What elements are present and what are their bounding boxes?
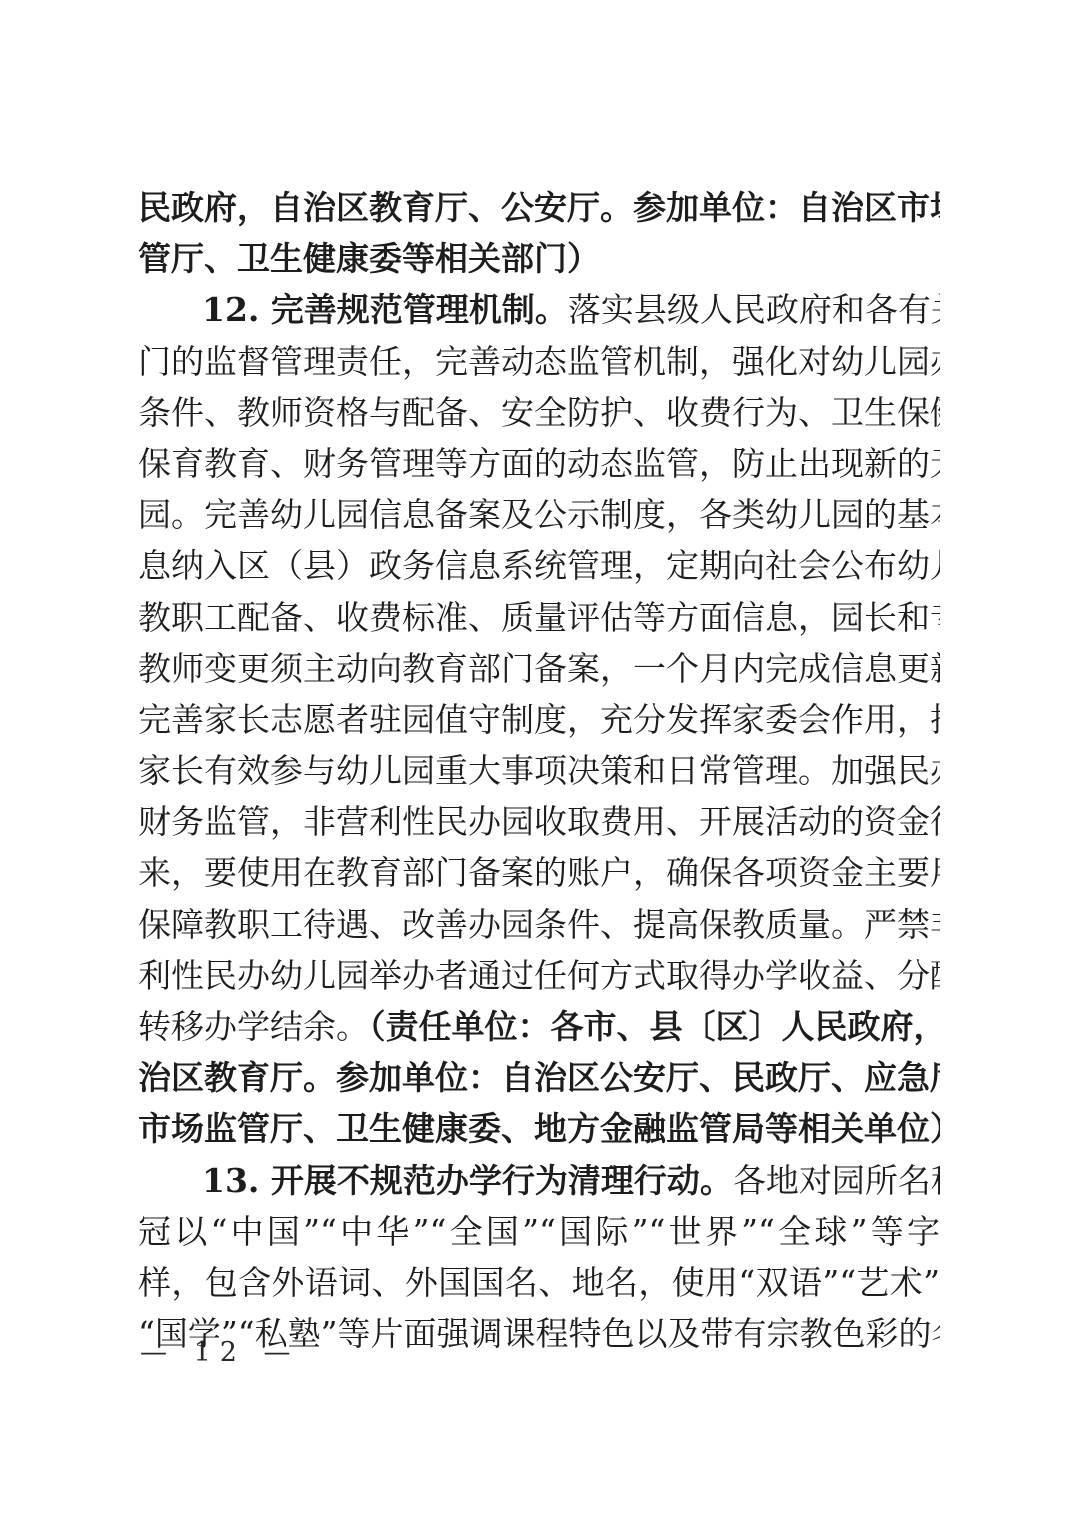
text-line: 教师变更须主动向教育部门备案，一个月内完成信息更新。 (138, 643, 940, 694)
text-line: 完善家长志愿者驻园值守制度，充分发挥家委会作用，推动 (138, 694, 940, 745)
text-segment: 市场监管厅、卫生健康委、地方金融监管局等相关单位） (138, 1109, 940, 1148)
text-segment: 保育教育、财务管理等方面的动态监管，防止出现新的无证 (138, 444, 940, 483)
text-segment: 转移办学结余。 (138, 1007, 369, 1046)
text-segment: 门的监督管理责任，完善动态监管机制，强化对幼儿园办园 (138, 342, 940, 381)
text-segment: 样，包含外语词、外国国名、地名，使用“双语”“艺术” (138, 1263, 940, 1302)
text-line: 家长有效参与幼儿园重大事项决策和日常管理。加强民办园 (138, 745, 940, 796)
text-line: 来，要使用在教育部门备案的账户，确保各项资金主要用于 (138, 847, 940, 898)
text-segment: 园。完善幼儿园信息备案及公示制度，各类幼儿园的基本信 (138, 495, 940, 534)
text-line: 财务监管，非营利性民办园收取费用、开展活动的资金往 (138, 796, 940, 847)
text-segment: 保障教职工待遇、改善办园条件、提高保教质量。严禁非营 (138, 905, 940, 944)
text-segment: 管厅、卫生健康委等相关部门） (138, 239, 600, 278)
text-segment: 各地对园所名称中 (733, 1161, 940, 1200)
text-line: 管厅、卫生健康委等相关部门） (138, 233, 940, 284)
text-line: 治区教育厅。参加单位：自治区公安厅、民政厅、应急厅、 (138, 1052, 940, 1103)
text-line: 市场监管厅、卫生健康委、地方金融监管局等相关单位） (138, 1103, 940, 1154)
text-segment: 民政府，自治区教育厅、公安厅。参加单位：自治区市场监 (138, 188, 940, 227)
text-segment: 落实县级人民政府和各有关部 (568, 290, 940, 329)
text-segment: 利性民办幼儿园举办者通过任何方式取得办学收益、分配或 (138, 956, 940, 995)
text-line: 园。完善幼儿园信息备案及公示制度，各类幼儿园的基本信 (138, 489, 940, 540)
text-line: 保育教育、财务管理等方面的动态监管，防止出现新的无证 (138, 438, 940, 489)
text-line: 12. 完善规范管理机制。落实县级人民政府和各有关部 (138, 284, 940, 335)
document-body: 民政府，自治区教育厅、公安厅。参加单位：自治区市场监管厅、卫生健康委等相关部门）… (138, 182, 940, 1359)
text-segment: 条件、教师资格与配备、安全防护、收费行为、卫生保健、 (138, 393, 940, 432)
text-segment: 冠以“中国”“中华”“全国”“国际”“世界”“全球”等字 (138, 1212, 940, 1251)
text-segment: 教职工配备、收费标准、质量评估等方面信息，园长和专任 (138, 598, 940, 637)
text-line: 冠以“中国”“中华”“全国”“国际”“世界”“全球”等字 (138, 1206, 940, 1257)
text-line: 息纳入区（县）政务信息系统管理，定期向社会公布幼儿园 (138, 540, 940, 591)
text-segment: 息纳入区（县）政务信息系统管理，定期向社会公布幼儿园 (138, 546, 940, 585)
text-line: 保障教职工待遇、改善办园条件、提高保教质量。严禁非营 (138, 899, 940, 950)
text-line: 民政府，自治区教育厅、公安厅。参加单位：自治区市场监 (138, 182, 940, 233)
text-segment: 教师变更须主动向教育部门备案，一个月内完成信息更新。 (138, 649, 940, 688)
text-line: 教职工配备、收费标准、质量评估等方面信息，园长和专任 (138, 592, 940, 643)
text-segment: 12. 完善规范管理机制。 (202, 290, 568, 329)
document-page: 民政府，自治区教育厅、公安厅。参加单位：自治区市场监管厅、卫生健康委等相关部门）… (0, 0, 1074, 1520)
page-number: — 12 — (140, 1336, 300, 1370)
text-segment: 家长有效参与幼儿园重大事项决策和日常管理。加强民办园 (138, 751, 940, 790)
text-line: 样，包含外语词、外国国名、地名，使用“双语”“艺术” (138, 1257, 940, 1308)
text-line: 门的监督管理责任，完善动态监管机制，强化对幼儿园办园 (138, 336, 940, 387)
text-segment: （责任单位：各市、县〔区〕人民政府，自 (369, 1007, 940, 1046)
text-segment: 完善家长志愿者驻园值守制度，充分发挥家委会作用，推动 (138, 700, 940, 739)
text-line: 利性民办幼儿园举办者通过任何方式取得办学收益、分配或 (138, 950, 940, 1001)
text-line: 条件、教师资格与配备、安全防护、收费行为、卫生保健、 (138, 387, 940, 438)
text-line: 13. 开展不规范办学行为清理行动。各地对园所名称中 (138, 1155, 940, 1206)
text-segment: 财务监管，非营利性民办园收取费用、开展活动的资金往 (138, 802, 940, 841)
text-segment: 13. 开展不规范办学行为清理行动。 (202, 1161, 733, 1200)
text-segment: 来，要使用在教育部门备案的账户，确保各项资金主要用于 (138, 853, 940, 892)
text-line: 转移办学结余。（责任单位：各市、县〔区〕人民政府，自 (138, 1001, 940, 1052)
text-segment: 治区教育厅。参加单位：自治区公安厅、民政厅、应急厅、 (138, 1058, 940, 1097)
